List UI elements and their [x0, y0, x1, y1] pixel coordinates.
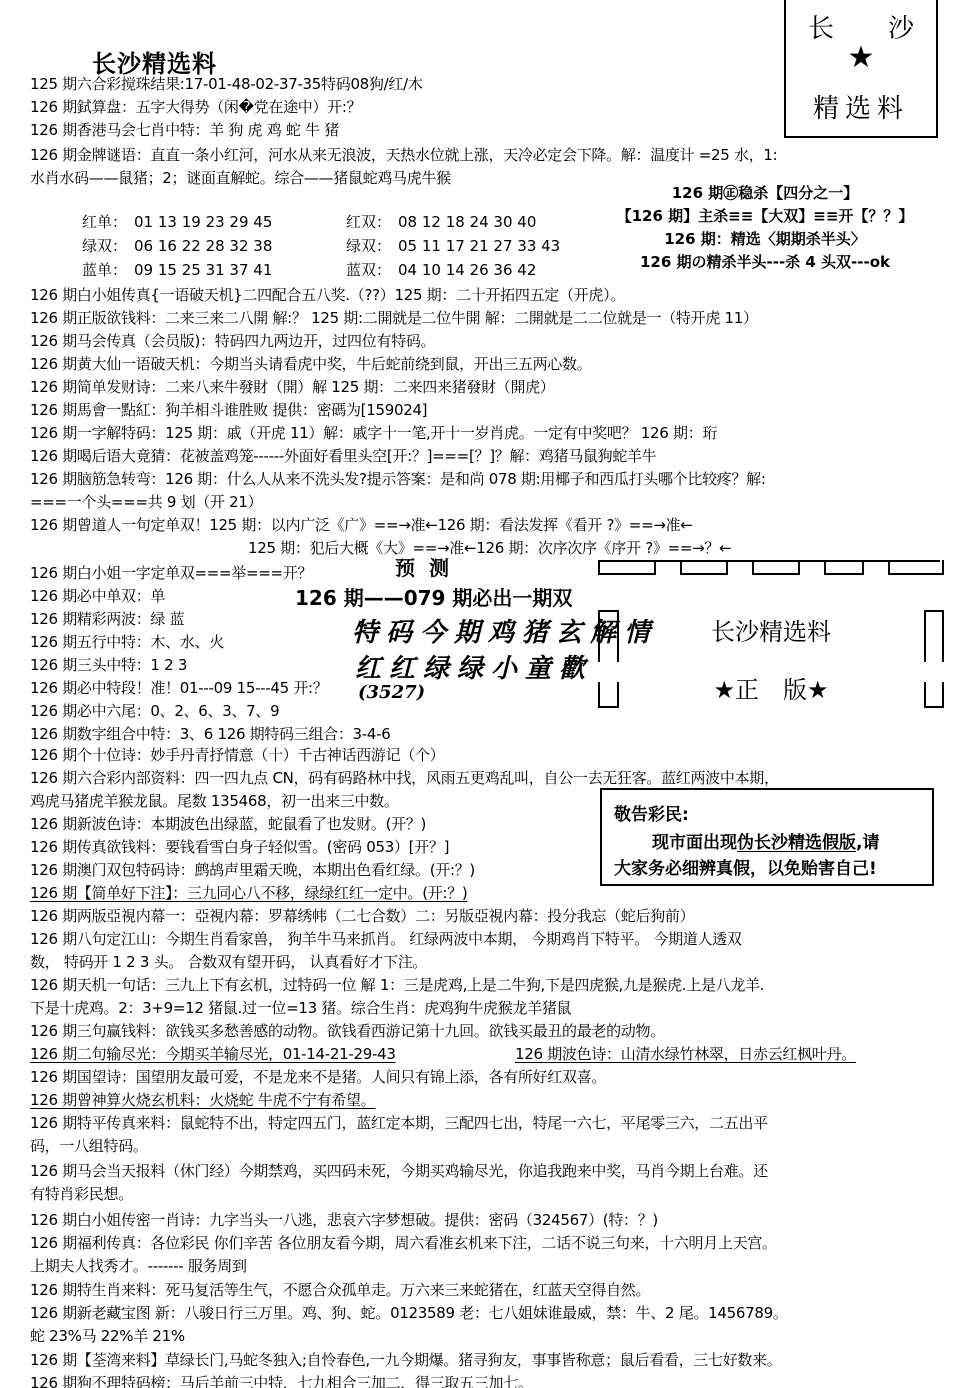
row-nums: 08 12 18 24 30 40: [398, 213, 536, 231]
text-line: 126 期黄大仙一语破天机：今期当头请看虎中奖，牛后蛇前绕到鼠，开出三五两心数。: [30, 354, 591, 374]
text-line: 126 期馬會一點紅：狗羊相斗谁胜败 提供：密碼为[159024]: [30, 400, 427, 420]
text-line: 126 期必中六尾：0、2、6、3、7、9: [30, 701, 279, 721]
text-line: 126 期新老藏宝图 新：八骏日行三万里。鸡、狗、蛇。0123589 老：七八姐…: [30, 1303, 788, 1323]
text-line: 有特肖彩民想。: [30, 1184, 133, 1204]
row-label: 红双：: [346, 210, 398, 234]
text-line: 126 期【荃湾来料】草绿长门,马蛇冬独入;自怜春色,一九今期爆。猪寻狗友，事事…: [30, 1350, 782, 1370]
text-line: 126 期金牌谜语：直直一条小红河，河水从来无浪波，天热水位就上涨，天冷必定会下…: [30, 145, 777, 165]
notice-text: ,请: [856, 833, 879, 853]
text-line: 126 期两版亞視内幕一：亞視内幕：罗幕绣帏（二七合数）二：另版亞視内幕：投分我…: [30, 906, 694, 926]
text-line: 蛇 23%马 22%羊 21%: [30, 1326, 185, 1346]
text-line: 126 期三句赢钱料：欲钱买多愁善感的动物。欲钱看西游记第十九回。欲钱买最丑的最…: [30, 1021, 665, 1041]
row-nums: 09 15 25 31 37 41: [134, 261, 272, 279]
text-line: 125 期：犯后大概《大》==→准←126 期：次序次序《序开 ?》==→？←: [248, 538, 731, 558]
side-poem: 126 期波色诗：山清水绿竹林翠，日赤云红枫叶丹。: [515, 1044, 856, 1064]
text-line: 码，一八组特码。: [30, 1136, 148, 1156]
text-line: 鸡虎马猪虎羊猴龙鼠。尾数 135468，初一出来三中数。: [30, 791, 399, 811]
text-line: 126 期曾道人一句定单双！125 期：以内广泛《广》==→准←126 期：看法…: [30, 515, 693, 535]
notice-text: 大家务必细辨真假，以免贻害自己!: [614, 854, 877, 879]
kill-line: 126 期：精选〈期期杀半头〉: [580, 228, 950, 249]
text-line: 126 期二句输尽光：今期买羊输尽光，01-14-21-29-43: [30, 1044, 396, 1064]
text-line: 126 期特生肖来料：死马复活等生气，不愿合众孤单走。万六来三来蛇猪在，红蓝天空…: [30, 1280, 650, 1300]
text-line: 126 期正版欲钱料：二来三来二八開 解:？ 125 期:二開就是二位牛開 解：…: [30, 308, 758, 328]
row-nums: 06 16 22 28 32 38: [134, 237, 272, 255]
text-line: 数， 特码开 1 2 3 头。 合数双有望开码， 认真看好才下注。: [30, 952, 427, 972]
notice-box: 敬告彩民: 现市面出现伪长沙精选假版,请 大家务必细辨真假，以免贻害自己!: [600, 788, 934, 886]
text-line: 126 期【简单好下注】：三九同心八不移，绿绿红红一定中。(开:？): [30, 883, 467, 903]
text-line: 上期夫人找秀才。------- 服务周到: [30, 1256, 247, 1276]
text-line: 126 期澳门双包特码诗：鹧鸪声里霜天晚，本期出色看红绿。(开:？): [30, 860, 475, 880]
row-label: 蓝双：: [346, 258, 398, 282]
color-table-right: 红双：08 12 18 24 30 40 绿双：05 11 17 21 27 3…: [346, 210, 560, 282]
notice-heading: 敬告彩民:: [614, 800, 689, 825]
text-line: 126 期白小姐一字定单双===举===开？: [30, 563, 312, 583]
logo-subtitle: 精选料: [786, 88, 936, 125]
fake-edition-warning: 伪长沙精选假版: [737, 833, 856, 853]
row-label: 红单：: [82, 210, 134, 234]
text-line: 126 期简单发财诗：二来八来牛發財（開）解 125 期：二来四来猪發財（開虎）: [30, 377, 555, 397]
text-line: 126 期马会当天报料（休门经）今期禁鸡，买四码未死，今期买鸡输尽光，你追我跑来…: [30, 1161, 768, 1181]
frame-subtitle: ★正 版★: [598, 670, 944, 705]
text-line: 125 期六合彩搅珠结果:17-01-48-02-37-35特码08狗/红/木: [30, 74, 423, 94]
prediction-headline: 126 期——079 期必出一期双: [295, 582, 572, 611]
genuine-edition-frame: 长沙精选料 ★正 版★: [598, 560, 944, 730]
text-line: 水肖水码——鼠猪；2；谜面直解蛇。综合——猪鼠蛇鸡马虎牛猴: [30, 168, 451, 188]
row-nums: 05 11 17 21 27 33 43: [398, 237, 560, 255]
star-icon: ★: [786, 40, 936, 75]
text-line: 126 期白小姐传密一肖诗：九字当头一八逃，悲哀六字梦想破。提供：密码（3245…: [30, 1210, 658, 1230]
kill-line: 【126 期】主杀≡≡【大双】≡≡开【？？】: [580, 205, 950, 226]
text-line: 126 期天机一句话：三九上下有玄机，过特码一位 解 1：三是虎鸡,上是二牛狗,…: [30, 975, 764, 995]
text-line: 126 期新波色诗：本期波色出绿蓝，蛇鼠看了也发财。(开？): [30, 814, 426, 834]
text-line: 126 期必中单双：单: [30, 586, 165, 606]
text-line: 126 期传真欲钱料：要钱看雪白身子轻似雪。(密码 053）[开？]: [30, 837, 449, 857]
text-line: 126 期必中特段！准！01---09 15---45 开:？: [30, 678, 328, 698]
text-line: 126 期六合彩内部资料：四一四九点 CN，码有码路林中找，风雨五更鸡乱叫，自公…: [30, 768, 779, 788]
text-line: 126 期八句定江山：今期生肖看家兽， 狗羊牛马来抓肖。 红绿两波中本期， 今期…: [30, 929, 742, 949]
kill-line: 126 期㊣稳杀【四分之一】: [580, 182, 950, 203]
logo-box: 长 沙 ★ 精选料: [784, 0, 938, 138]
text-line: 126 期特平传真来料：鼠蛇特不出，特定四五门，蓝红定本期，三配四七出，特尾一六…: [30, 1113, 768, 1133]
kill-line: 126 期の精杀半头---杀 4 头双---ok: [580, 251, 950, 272]
handwritten-note: (3527): [358, 682, 425, 703]
text-line: 下是十虎鸡。2：3+9=12 猪鼠.过一位=13 猪。综合生肖：虎鸡狗牛虎猴龙羊…: [30, 998, 571, 1018]
text-line: 126 期数字组合中特：3、6 126 期特码三组合：3-4-6: [30, 724, 391, 744]
text-line: 126 期香港马会七肖中特：羊 狗 虎 鸡 蛇 牛 猪: [30, 120, 339, 140]
prediction-title: 预测: [395, 552, 463, 581]
handwritten-line: 红红绿绿小童歡: [355, 648, 593, 685]
notice-text: 现市面出现: [652, 833, 737, 853]
text-line: 126 期脑筋急转弯：126 期：什么人从来不洗头发?提示答案：是和尚 078 …: [30, 469, 766, 489]
text-line: 126 期狗不理特码榜：马后羊前三中特，七九相合三加二，得三取五三加七。: [30, 1373, 533, 1388]
text-line: 126 期国望诗：国望朋友最可爱，不是龙来不是猪。人间只有锦上添，各有所好红双喜…: [30, 1067, 606, 1087]
text-line: ===一个头===共 9 划（开 21）: [30, 492, 262, 512]
row-nums: 04 10 14 26 36 42: [398, 261, 536, 279]
text-line: 126 期白小姐传真{一语破天机}二四配合五八奖.（??）125 期：二十开拓四…: [30, 285, 625, 305]
text-line: 126 期一字解特码：125 期：戚（开虎 11）解：戚字十一笔,开十一岁肖虎。…: [30, 423, 717, 443]
row-label: 绿双：: [346, 234, 398, 258]
text-line: 126 期个十位诗：妙手丹青抒情意（十）千古神话西游记（个）: [30, 745, 444, 765]
text-line: 126 期五行中特：木、水、火: [30, 632, 224, 652]
text-line: 126 期鉽算盘：五字大得势（闲�党在途中）开:？: [30, 97, 361, 117]
text-line: 126 期马会传真（会员版)：特码四九两边开，过四位有特码。: [30, 331, 435, 351]
row-label: 蓝单：: [82, 258, 134, 282]
text-line: 126 期精彩两波：绿 蓝: [30, 609, 184, 629]
text-line: 126 期福利传真：各位彩民 你们辛苦 各位朋友看今期，周六看准玄机来下注，二话…: [30, 1233, 777, 1253]
row-label: 绿双：: [82, 234, 134, 258]
text-line: 126 期曾神算火烧玄机料：火烧蛇 牛虎不宁有希望。: [30, 1090, 375, 1110]
text-line: 126 期三头中特：1 2 3: [30, 655, 187, 675]
text-line: 126 期喝后语大竟猜：花被盖鸡笼------外面好看里头空[开:？]===[？…: [30, 446, 656, 466]
row-nums: 01 13 19 23 29 45: [134, 213, 272, 231]
color-table-left: 红单：01 13 19 23 29 45 绿双：06 16 22 28 32 3…: [82, 210, 272, 282]
frame-title: 长沙精选料: [598, 612, 944, 647]
